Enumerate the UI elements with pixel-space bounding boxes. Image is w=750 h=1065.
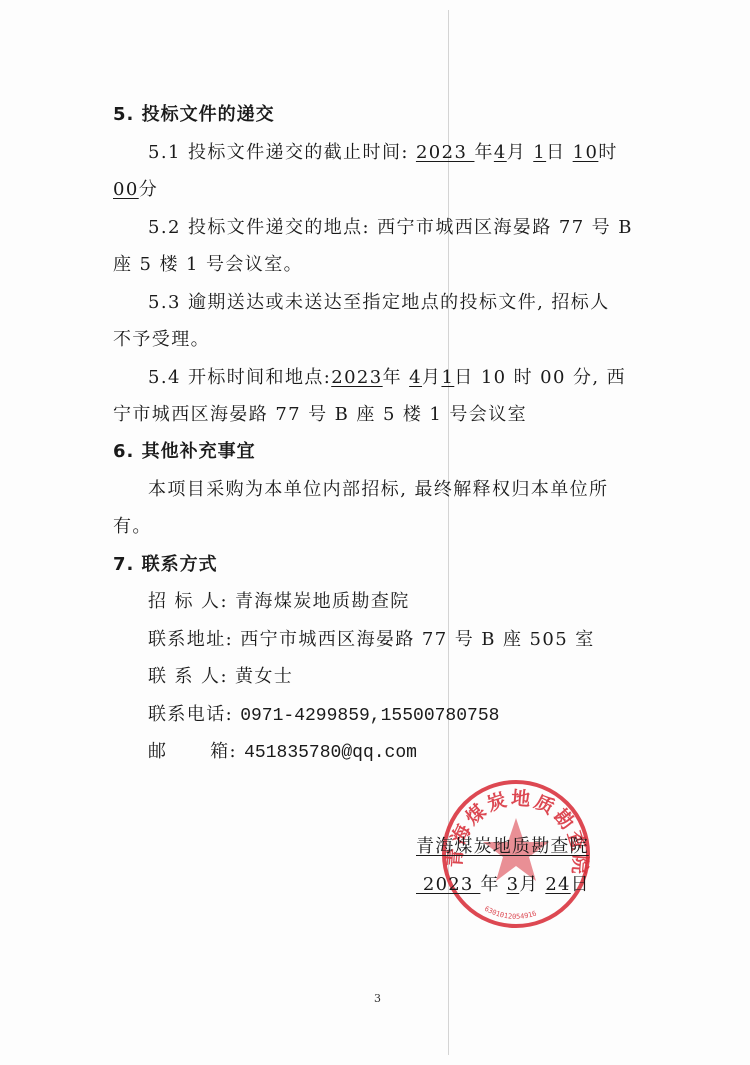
section-5-1-label: 5.1 投标文件递交的截止时间: [148, 142, 416, 163]
opening-time-rest: 日 10 时 00 分, 西 [454, 367, 626, 388]
section-5-1-line2: 00分 [113, 178, 158, 202]
contact-value: 0971-4299859,15500780758 [240, 706, 499, 726]
contact-label: 联 系 人: [148, 666, 235, 687]
section-5-4-line2: 宁市城西区海晏路 77 号 B 座 5 楼 1 号会议室 [113, 403, 527, 427]
section-5-4-label: 5.4 开标时间和地点: [148, 367, 331, 388]
day-unit: 日 [546, 142, 565, 163]
contact-label: 邮 箱: [148, 741, 244, 762]
month-unit: 月 [422, 367, 441, 388]
year-unit: 年 [480, 874, 506, 895]
signature-day: 24 [545, 874, 570, 895]
section-5-2-line1: 5.2 投标文件递交的地点: 西宁市城西区海晏路 77 号 B [148, 216, 633, 240]
signature-year: 2023 [416, 874, 480, 895]
svg-text:6301012054916: 6301012054916 [483, 905, 538, 921]
month-unit: 月 [507, 142, 526, 163]
year-unit: 年 [474, 142, 493, 163]
hour-unit: 时 [598, 142, 617, 163]
opening-day: 1 [441, 367, 454, 388]
contact-address: 联系地址: 西宁市城西区海晏路 77 号 B 座 505 室 [148, 628, 595, 652]
month-unit: 月 [519, 874, 545, 895]
minute-unit: 分 [139, 179, 158, 200]
section-6-line2: 有。 [113, 515, 152, 539]
contact-tenderer: 招 标 人: 青海煤炭地质勘查院 [148, 590, 410, 614]
signature-date: 2023 年 3月 24日 [416, 870, 590, 896]
section-5-2-line2: 座 5 楼 1 号会议室。 [113, 253, 303, 277]
deadline-day: 1 [533, 142, 546, 163]
contact-label: 联系电话: [148, 704, 240, 725]
opening-year: 2023 [331, 367, 382, 388]
page-number: 3 [374, 992, 381, 1005]
section-5-3-line1: 5.3 逾期送达或未送达至指定地点的投标文件, 招标人 [148, 291, 610, 315]
deadline-hour: 10 [573, 142, 599, 163]
year-unit: 年 [383, 367, 410, 388]
contact-label: 联系地址: [148, 629, 240, 650]
section-5-3-line2: 不予受理。 [113, 328, 210, 352]
deadline-minute: 00 [113, 179, 139, 200]
opening-month: 4 [409, 367, 422, 388]
section-5-heading: 5. 投标文件的递交 [113, 103, 275, 127]
signature-organization: 青海煤炭地质勘查院 [416, 832, 589, 858]
contact-value: 黄女士 [235, 666, 293, 687]
signature-month: 3 [507, 874, 520, 895]
contact-label: 招 标 人: [148, 591, 235, 612]
contact-value: 西宁市城西区海晏路 77 号 B 座 505 室 [240, 629, 594, 650]
contact-person: 联 系 人: 黄女士 [148, 665, 293, 689]
contact-value: 青海煤炭地质勘查院 [235, 591, 410, 612]
section-6-line1: 本项目采购为本单位内部招标, 最终解释权归本单位所 [148, 478, 608, 502]
section-6-heading: 6. 其他补充事宜 [113, 440, 256, 464]
deadline-month: 4 [494, 142, 507, 163]
contact-email: 邮 箱: 451835780@qq.com [148, 740, 417, 765]
deadline-year: 2023 [416, 142, 475, 163]
day-unit: 日 [571, 874, 590, 895]
section-5-1-line: 5.1 投标文件递交的截止时间: 2023 年4月 1日 10时 [148, 141, 618, 165]
section-7-heading: 7. 联系方式 [113, 553, 218, 577]
contact-value: 451835780@qq.com [244, 743, 417, 763]
contact-phone: 联系电话: 0971-4299859,15500780758 [148, 703, 499, 728]
section-5-4-line1: 5.4 开标时间和地点:2023年 4月1日 10 时 00 分, 西 [148, 366, 626, 390]
